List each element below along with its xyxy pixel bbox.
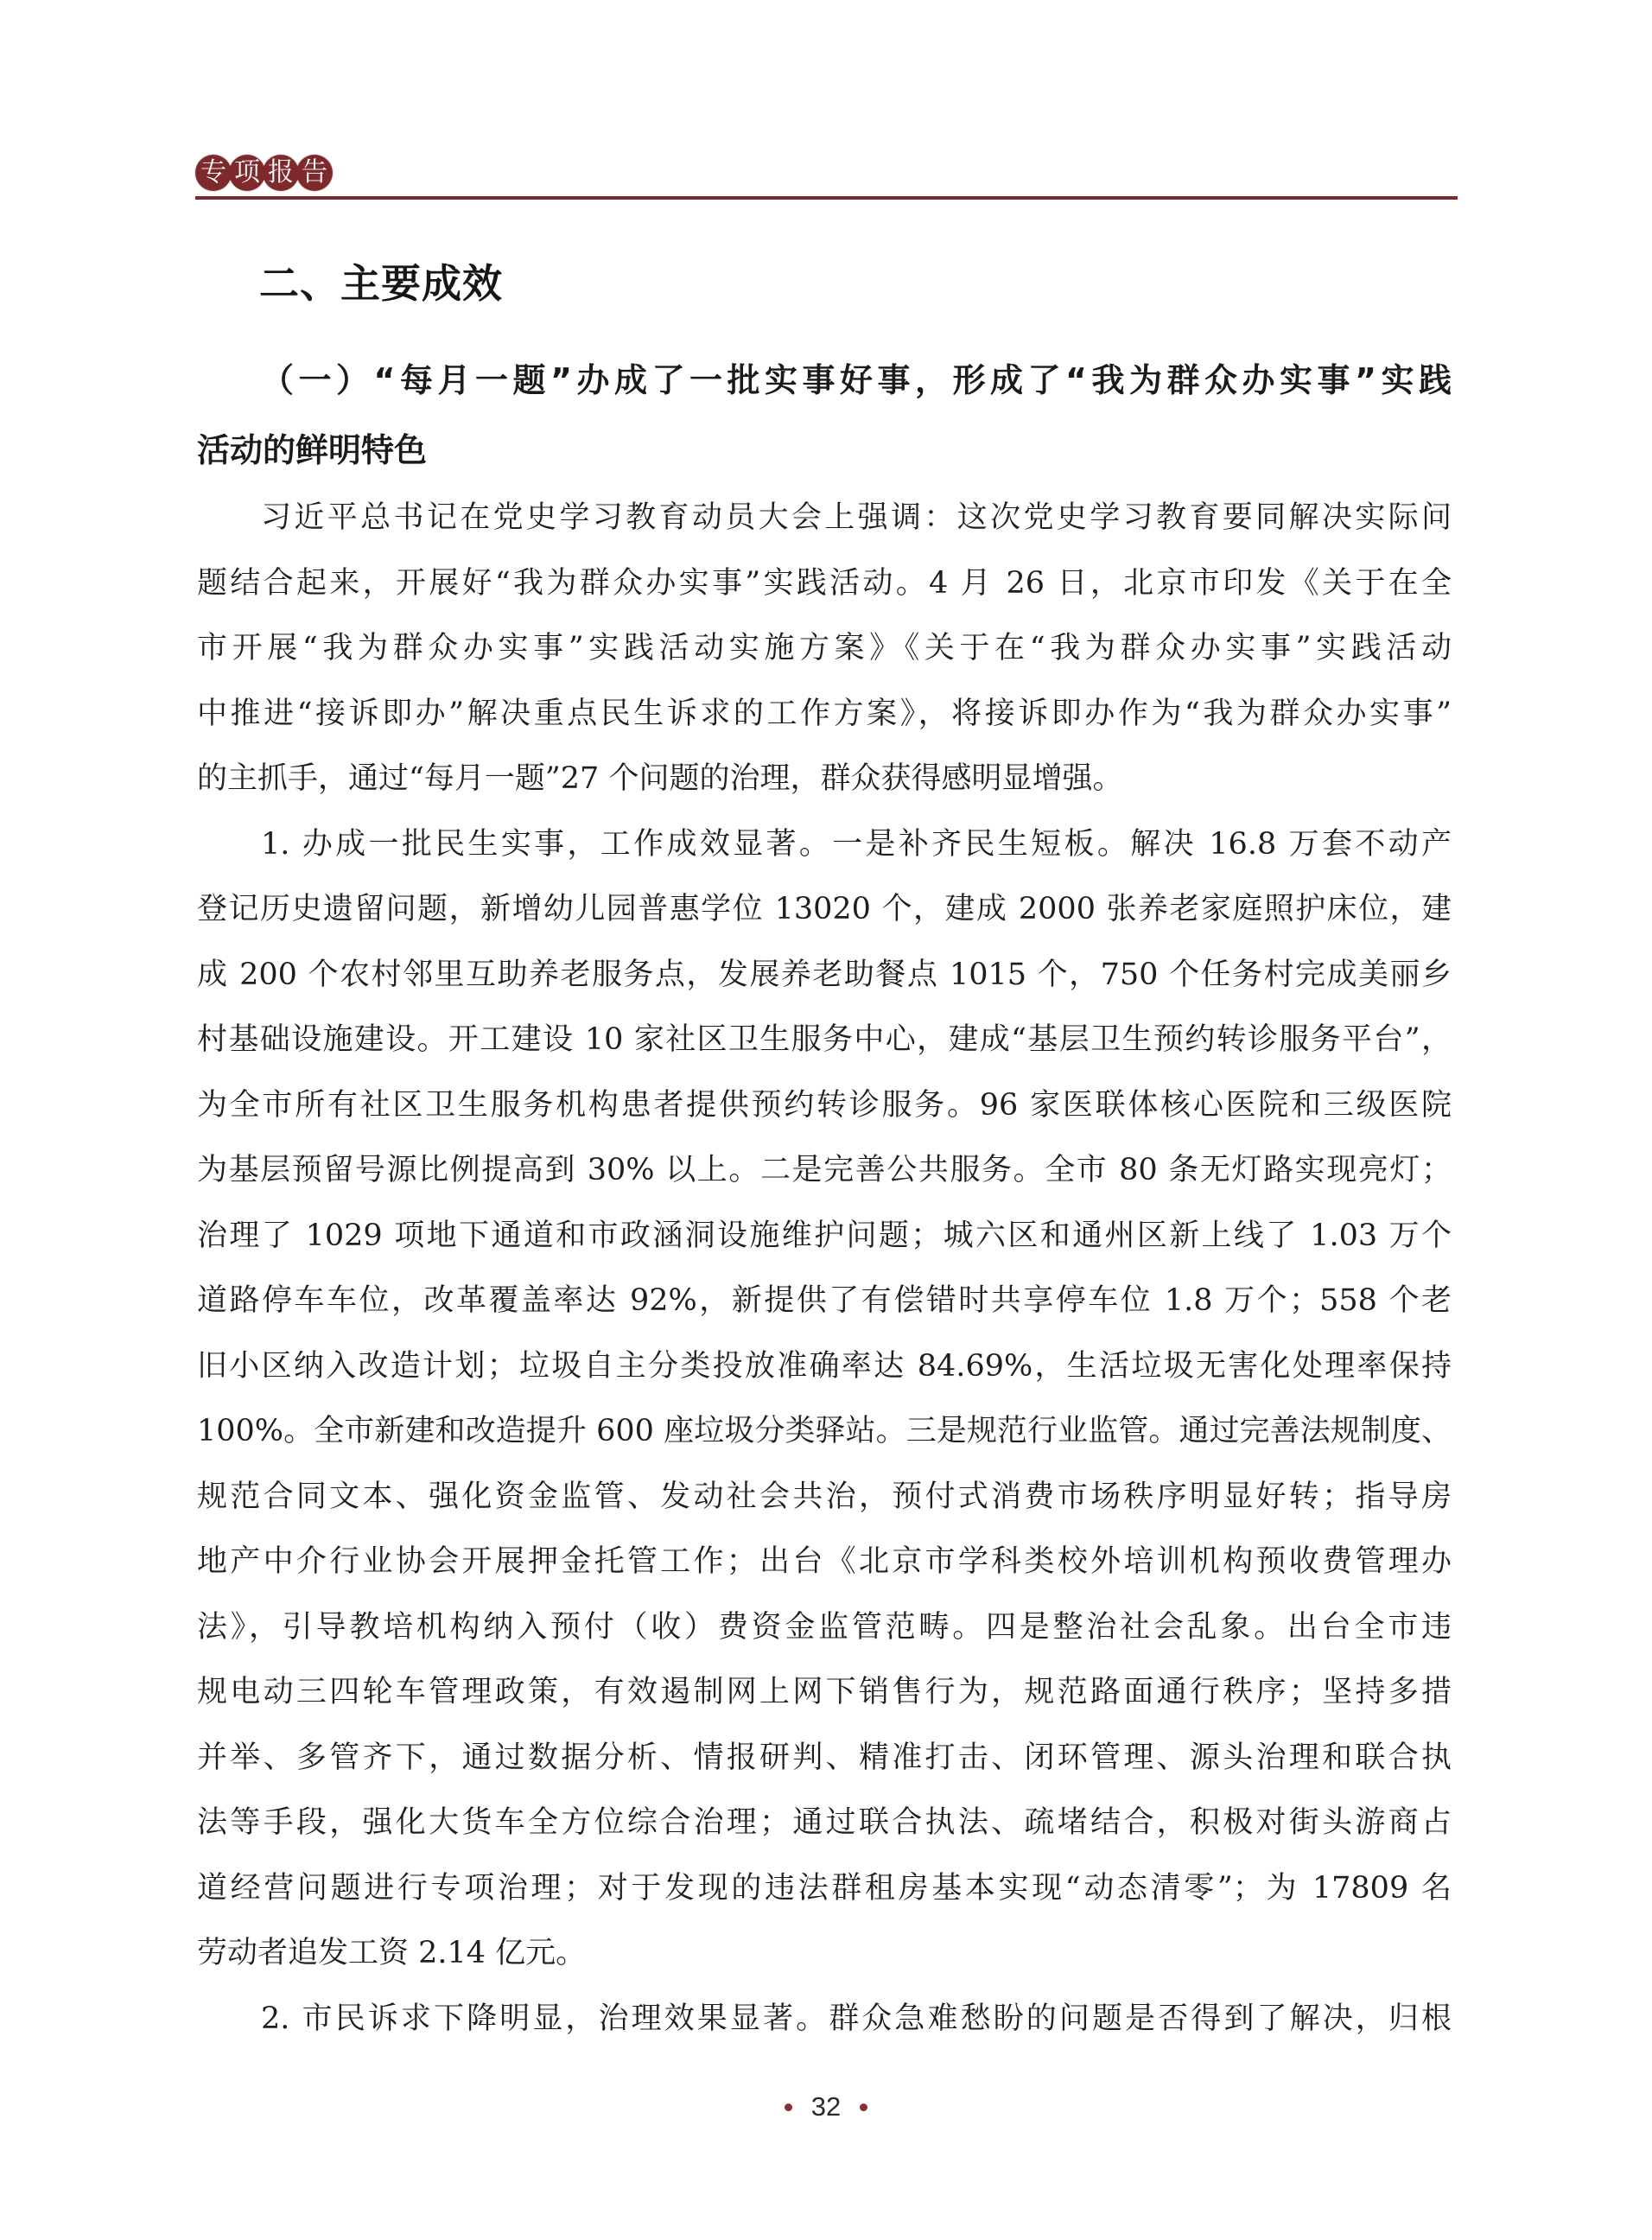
paragraph-line: 2. 市民诉求下降明显，治理效果显著。群众急难愁盼的问题是否得到了解决，归根 xyxy=(197,1987,1452,2052)
paragraph-line: 法》，引导教培机构纳入预付（收）费资金监管范畴。四是整治社会乱象。出台全市违 xyxy=(197,1595,1452,1661)
paragraph-line: 登记历史遗留问题，新增幼儿园普惠学位 13020 个，建成 2000 张养老家庭… xyxy=(197,877,1452,943)
badge-char: 报 xyxy=(263,155,299,191)
paragraph-line: 的主抓手，通过“每月一题”27 个问题的治理，群众获得感明显增强。 xyxy=(197,747,1452,812)
paragraph-line: 为基层预留号源比例提高到 30% 以上。二是完善公共服务。全市 80 条无灯路实… xyxy=(197,1138,1452,1204)
page-footer: 32 xyxy=(0,2088,1652,2126)
report-category-badge: 专 项 报 告 xyxy=(195,155,330,191)
subheading-line: 活动的鲜明特色 xyxy=(197,430,1452,471)
badge-char: 专 xyxy=(195,155,232,191)
paragraph-line: 并举、多管齐下，通过数据分析、情报研判、精准打击、闭环管理、源头治理和联合执 xyxy=(197,1726,1452,1791)
paragraph-line: 道经营问题进行专项治理；对于发现的违法群租房基本实现“动态清零”；为 17809… xyxy=(197,1856,1452,1922)
body-text: 习近平总书记在党史学习教育动员大会上强调：这次党史学习教育要同解决实际问 题结合… xyxy=(197,486,1452,2052)
paragraph-line: 旧小区纳入改造计划；垃圾自主分类投放准确率达 84.69%，生活垃圾无害化处理率… xyxy=(197,1334,1452,1400)
paragraph-line: 道路停车车位，改革覆盖率达 92%，新提供了有偿错时共享停车位 1.8 万个；5… xyxy=(197,1269,1452,1334)
paragraph-line: 习近平总书记在党史学习教育动员大会上强调：这次党史学习教育要同解决实际问 xyxy=(197,486,1452,551)
paragraph-line: 题结合起来，开展好“我为群众办实事”实践活动。4 月 26 日，北京市印发《关于… xyxy=(197,551,1452,617)
bullet-dot-icon xyxy=(785,2103,792,2111)
paragraph-line: 村基础设施建设。开工建设 10 家社区卫生服务中心，建成“基层卫生预约转诊服务平… xyxy=(197,1008,1452,1073)
document-page: 专 项 报 告 二、主要成效 （一）“每月一题”办成了一批实事好事，形成了“我为… xyxy=(0,0,1652,2240)
paragraph-line: 法等手段，强化大货车全方位综合治理；通过联合执法、疏堵结合，积极对街头游商占 xyxy=(197,1791,1452,1856)
paragraph-line: 100%。全市新建和改造提升 600 座垃圾分类驿站。三是规范行业监管。通过完善… xyxy=(197,1399,1452,1465)
paragraph-line: 规电动三四轮车管理政策，有效遏制网上网下销售行为，规范路面通行秩序；坚持多措 xyxy=(197,1660,1452,1726)
paragraph-line: 治理了 1029 项地下通道和市政涵洞设施维护问题；城六区和通州区新上线了 1.… xyxy=(197,1204,1452,1270)
paragraph-line: 中推进“接诉即办”解决重点民生诉求的工作方案》，将接诉即办作为“我为群众办实事” xyxy=(197,682,1452,748)
paragraph-line: 1. 办成一批民生实事，工作成效显著。一是补齐民生短板。解决 16.8 万套不动… xyxy=(197,812,1452,878)
paragraph-line: 为全市所有社区卫生服务机构患者提供预约转诊服务。96 家医联体核心医院和三级医院 xyxy=(197,1073,1452,1139)
bullet-dot-icon xyxy=(860,2103,867,2111)
page-number: 32 xyxy=(811,2088,841,2126)
section-title: 二、主要成效 xyxy=(259,259,503,308)
paragraph-line: 市开展“我为群众办实事”实践活动实施方案》《关于在“我为群众办实事”实践活动 xyxy=(197,616,1452,682)
badge-char: 告 xyxy=(296,155,333,191)
header-divider xyxy=(195,196,1458,200)
paragraph-line: 成 200 个农村邻里互助养老服务点，发展养老助餐点 1015 个，750 个任… xyxy=(197,943,1452,1009)
subheading-line: （一）“每月一题”办成了一批实事好事，形成了“我为群众办实事”实践 xyxy=(261,360,1452,401)
paragraph-line: 规范合同文本、强化资金监管、发动社会共治，预付式消费市场秩序明显好转；指导房 xyxy=(197,1465,1452,1530)
paragraph-line: 劳动者追发工资 2.14 亿元。 xyxy=(197,1921,1452,1987)
badge-char: 项 xyxy=(229,155,265,191)
paragraph-line: 地产中介行业协会开展押金托管工作；出台《北京市学科类校外培训机构预收费管理办 xyxy=(197,1530,1452,1595)
